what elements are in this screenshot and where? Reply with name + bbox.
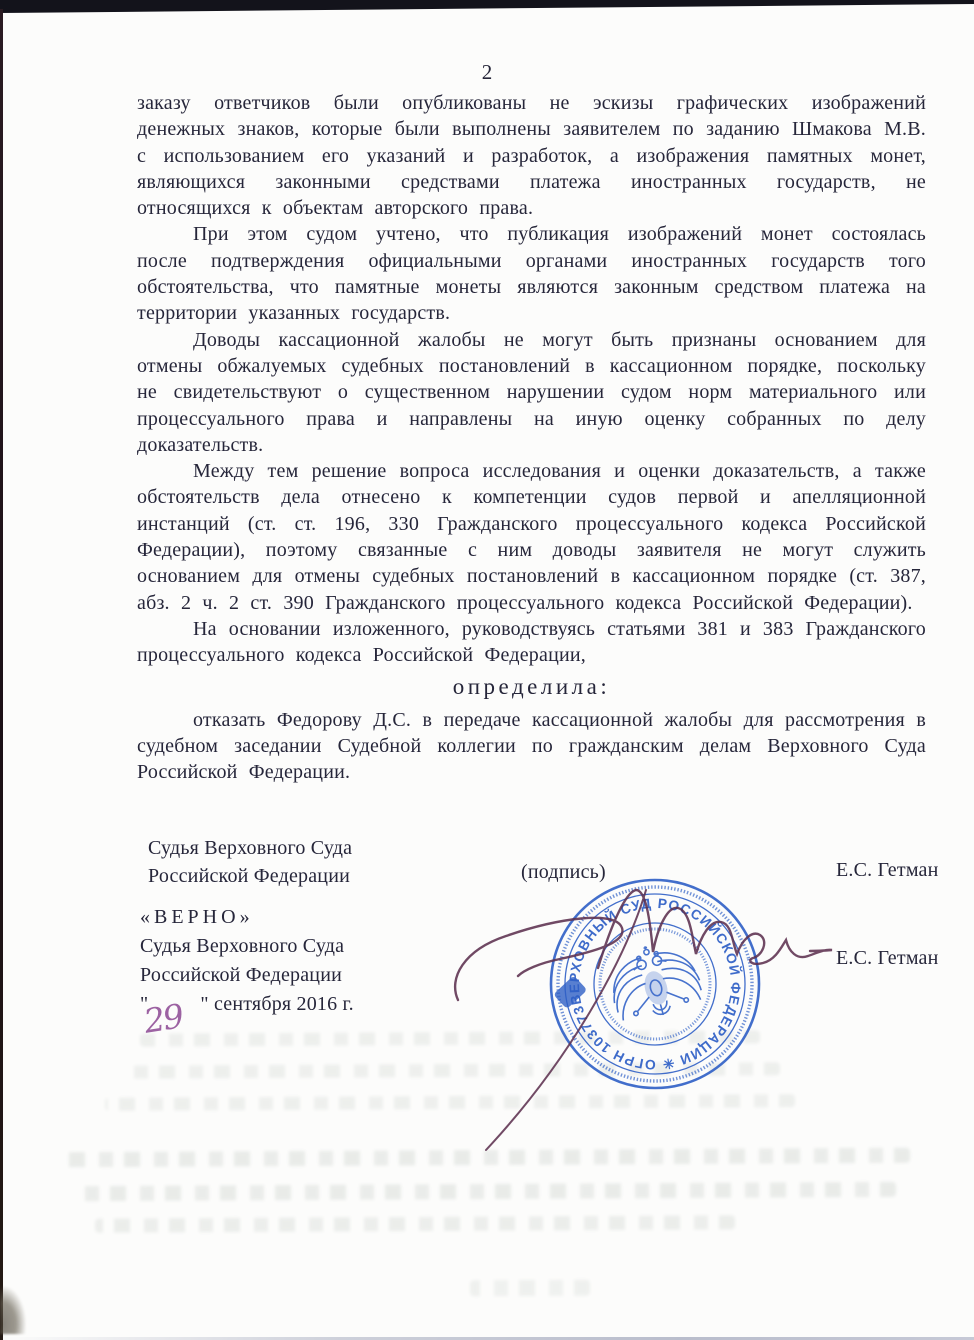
bleedthrough-text-ghost [78,1182,896,1201]
judge-title-block: Судья Верховного Суда Российской Федерац… [148,834,352,890]
date-text: сентября 2016 г. [209,993,354,1015]
judge-title-line1: Судья Верховного Суда [148,834,352,862]
handwritten-date-day: 29 [142,1001,184,1036]
bleedthrough-smudge [470,1280,590,1297]
bleedthrough-text-ghost [95,1215,735,1232]
verno-label: «ВЕРНО» [140,903,354,932]
scan-corner-smudge [0,1286,26,1334]
scan-left-edge [0,9,3,1340]
scan-top-edge [0,0,974,13]
handwritten-signature [420,850,900,1170]
paragraph: Доводы кассационной жалобы не могут быть… [137,327,926,458]
scanned-court-document-page: 2 заказу ответчиков были опубликованы не… [0,0,974,1340]
ruling-paragraph: отказать Федорову Д.С. в передаче кассац… [137,707,926,786]
ruling-heading: определила: [137,669,926,707]
certification-block: «ВЕРНО» Судья Верховного Суда Российской… [140,903,354,1019]
certification-date-line: "29" сентября 2016 г. [140,990,354,1019]
certification-title-line2: Российской Федерации [140,961,354,990]
paragraph-continuation: заказу ответчиков были опубликованы не э… [137,90,926,221]
page-number: 2 [0,60,974,85]
certification-title-line1: Судья Верховного Суда [140,932,354,961]
paragraph: Между тем решение вопроса исследования и… [137,458,926,616]
date-close-quote: " [200,993,208,1015]
document-body: заказу ответчиков были опубликованы не э… [137,90,926,786]
paragraph: На основании изложенного, руководствуясь… [137,616,926,669]
paragraph: При этом судом учтено, что публикация из… [137,221,926,326]
judge-title-line2: Российской Федерации [148,862,352,890]
